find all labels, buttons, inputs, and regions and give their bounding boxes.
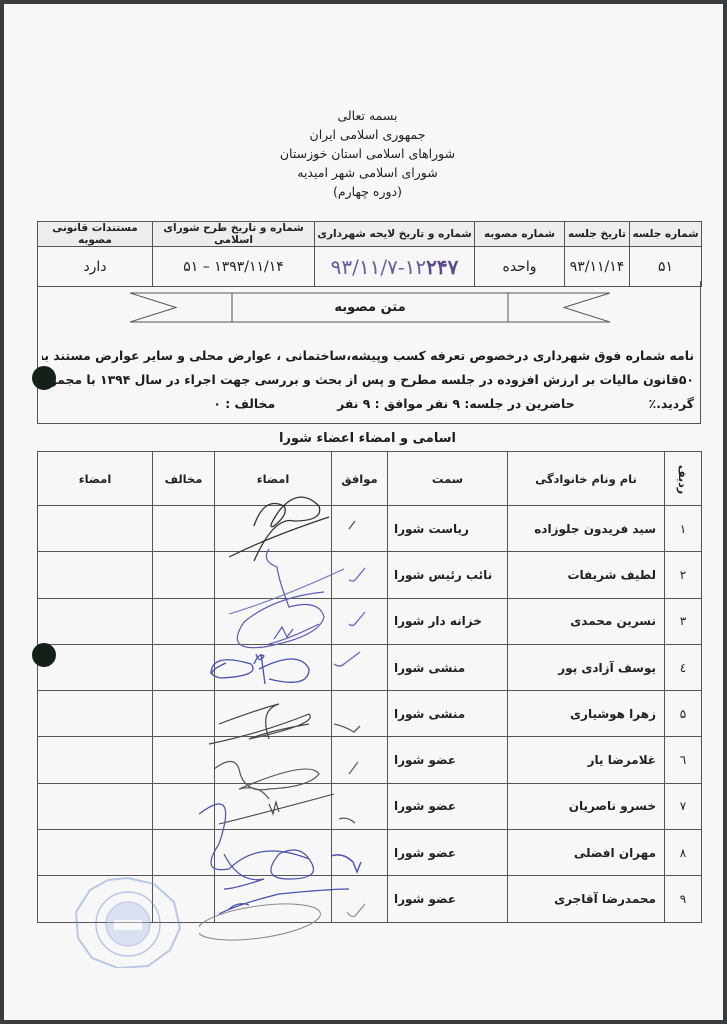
info-header-row: شماره جلسه تاریخ جلسه شماره مصوبه شماره … [38,222,702,247]
member-name: محمدرضا آقاجری [508,876,665,922]
oppose-cell [153,783,215,829]
signature2-cell [38,830,153,876]
signature2-header: امضاء [38,452,153,506]
header-city-council: شورای اسلامی شهر امیدیه [4,163,727,182]
member-role: عضو شورا [388,737,508,783]
row-number: ٤ [665,644,702,690]
member-role: ریاست شورا [388,506,508,552]
oppose-cell [153,552,215,598]
member-name: یوسف آزادی پور [508,644,665,690]
resolution-banner: متن مصوبه [130,292,610,323]
member-name: زهرا هوشیاری [508,691,665,737]
bill-number-prefix: ۹۳/۱۱/۷-۱۲ [331,255,426,279]
agree-check [332,876,388,922]
member-role: عضو شورا [388,783,508,829]
signature-cell [215,506,332,552]
name-header: نام ونام خانوادگی [508,452,665,506]
agree-header: موافق [332,452,388,506]
agree-check [332,737,388,783]
agree-check [332,691,388,737]
agree-check [332,598,388,644]
oppose-cell [153,506,215,552]
table-row: ۵ زهرا هوشیاری منشی شورا [38,691,702,737]
legal-documents-header: مستندات قانونی مصوبه [38,222,153,247]
header-province-councils: شوراهای اسلامی استان خوزستان [4,144,727,163]
resolution-text: نامه شماره فوق شهرداری درخصوص تعرفه کسب … [42,344,694,416]
member-name: مهران افضلی [508,830,665,876]
signature2-cell [38,691,153,737]
signature-cell [215,644,332,690]
member-role: منشی شورا [388,691,508,737]
member-name: سید فریدون جلوزاده [508,506,665,552]
signature-cell [215,598,332,644]
row-number: ۳ [665,598,702,644]
present-count: حاضرین در جلسه: ۹ نفر [427,392,575,416]
row-number-header: ردیف [665,452,702,506]
row-number: ۵ [665,691,702,737]
table-row: ۳ نسرین محمدی خزانه دار شورا [38,598,702,644]
vote-summary: گردید.٪ حاضرین در جلسه: ۹ نفر موافق : ۹ … [42,392,694,416]
signature-cell [215,552,332,598]
role-header: سمت [388,452,508,506]
member-role: عضو شورا [388,876,508,922]
oppose-cell [153,644,215,690]
signature2-cell [38,552,153,598]
agree-check [332,552,388,598]
letterhead: بسمه تعالی جمهوری اسلامی ایران شوراهای ا… [4,106,727,201]
agree-count: موافق : ۹ نفر [337,392,423,416]
signature-cell [215,783,332,829]
council-seal-icon [74,876,182,968]
bill-number-suffix: ۲۴۷ [426,255,458,279]
oppose-count: مخالف : ۰ [213,392,275,416]
row-number: ۱ [665,506,702,552]
member-role: نائب رئیس شورا [388,552,508,598]
punch-hole [32,366,56,390]
session-date-header: تاریخ جلسه [565,222,630,247]
table-row: ۲ لطیف شریفات نائب رئیس شورا [38,552,702,598]
agree-check [332,783,388,829]
row-number: ۷ [665,783,702,829]
table-row: ٤ یوسف آزادی پور منشی شورا [38,644,702,690]
signature-cell [215,737,332,783]
members-table: ردیف نام ونام خانوادگی سمت موافق امضاء م… [37,451,702,923]
resolution-number-header: شماره مصوبه [475,222,565,247]
agree-check [332,644,388,690]
table-row: ۷ خسرو ناصریان عضو شورا [38,783,702,829]
members-table-title: اسامی و امضاء اعضاء شورا [4,431,727,446]
table-row: ٦ غلامرضا یار عضو شورا [38,737,702,783]
member-name: لطیف شریفات [508,552,665,598]
member-name: نسرین محمدی [508,598,665,644]
oppose-cell [153,737,215,783]
signature2-cell [38,737,153,783]
signature2-cell [38,506,153,552]
council-plan-header: شماره و تاریخ طرح شورای اسلامی [153,222,315,247]
agree-check [332,506,388,552]
member-name: غلامرضا یار [508,737,665,783]
punch-hole [32,643,56,667]
header-bismillah: بسمه تعالی [4,106,727,125]
table-row: ۸ مهران افضلی عضو شورا [38,830,702,876]
oppose-cell [153,830,215,876]
header-term: (دوره چهارم) [4,182,727,201]
signature-header: امضاء [215,452,332,506]
resolution-content-box: متن مصوبه نامه شماره فوق شهرداری درخصوص … [37,281,701,424]
member-role: منشی شورا [388,644,508,690]
row-number: ٦ [665,737,702,783]
header-country: جمهوری اسلامی ایران [4,125,727,144]
resolution-line-2: ۵۰قانون مالیات بر ارزش افزوده در جلسه مط… [42,368,694,392]
member-name: خسرو ناصریان [508,783,665,829]
signature2-cell [38,783,153,829]
resolution-line-3: گردید.٪ [649,392,694,416]
signature-cell [215,830,332,876]
agree-check [332,830,388,876]
signature-cell [215,691,332,737]
member-role: خزانه دار شورا [388,598,508,644]
row-number: ۲ [665,552,702,598]
municipality-bill-header: شماره و تاریخ لایحه شهرداری [315,222,475,247]
resolution-banner-title: متن مصوبه [232,292,508,323]
row-number: ۸ [665,830,702,876]
oppose-cell [153,598,215,644]
session-info-table: شماره جلسه تاریخ جلسه شماره مصوبه شماره … [37,221,702,287]
scanned-page: بسمه تعالی جمهوری اسلامی ایران شوراهای ا… [4,4,723,1020]
resolution-line-1: نامه شماره فوق شهرداری درخصوص تعرفه کسب … [42,344,694,368]
table-row: ۱ سید فریدون جلوزاده ریاست شورا [38,506,702,552]
members-header-row: ردیف نام ونام خانوادگی سمت موافق امضاء م… [38,452,702,506]
session-number-header: شماره جلسه [630,222,702,247]
oppose-header: مخالف [153,452,215,506]
member-role: عضو شورا [388,830,508,876]
signature2-cell [38,598,153,644]
oppose-cell [153,691,215,737]
signature-cell [215,876,332,922]
row-number: ۹ [665,876,702,922]
